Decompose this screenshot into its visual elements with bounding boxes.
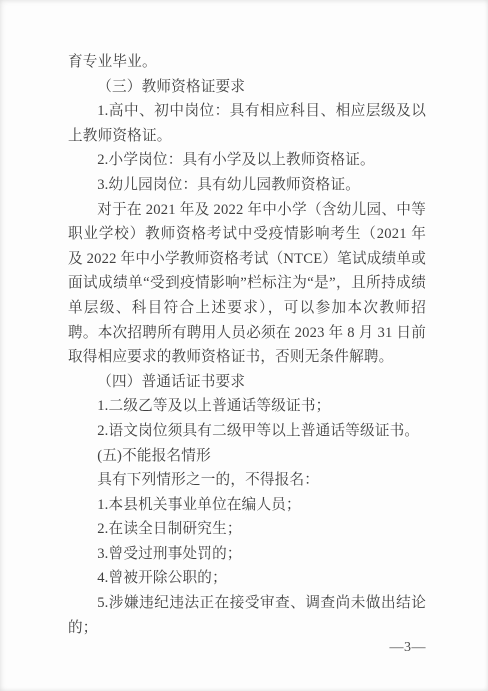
list-item-paragraph: 1.高中、初中岗位：具有相应科目、相应层级及以上教师资格证。 — [68, 99, 426, 148]
list-item-paragraph: 1.本县机关事业单位在编人员； — [68, 493, 426, 518]
document-page: 育专业毕业。 （三）教师资格证要求 1.高中、初中岗位：具有相应科目、相应层级及… — [0, 0, 488, 691]
list-item-paragraph: 3.曾受过刑事处罚的； — [68, 542, 426, 567]
list-item-paragraph: 2.小学岗位：具有小学及以上教师资格证。 — [68, 148, 426, 173]
list-item-paragraph: 5.涉嫌违纪违法正在接受审查、调查尚未做出结论的； — [68, 591, 426, 640]
section-heading-3: （三）教师资格证要求 — [68, 75, 426, 100]
body-paragraph: 对于在 2021 年及 2022 年中小学（含幼儿园、中等职业学校）教师资格考试… — [68, 198, 426, 370]
section-heading-5: (五)不能报名情形 — [68, 444, 426, 469]
section-heading-4: （四）普通话证书要求 — [68, 370, 426, 395]
list-item-paragraph: 4.曾被开除公职的； — [68, 566, 426, 591]
list-item-paragraph: 3.幼儿园岗位：具有幼儿园教师资格证。 — [68, 173, 426, 198]
list-item-paragraph: 2.语文岗位须具有二级甲等以上普通话等级证书。 — [68, 419, 426, 444]
list-item-paragraph: 2.在读全日制研究生； — [68, 517, 426, 542]
list-item-paragraph: 1.二级乙等及以上普通话等级证书； — [68, 394, 426, 419]
document-body: 育专业毕业。 （三）教师资格证要求 1.高中、初中岗位：具有相应科目、相应层级及… — [68, 50, 426, 640]
body-paragraph: 具有下列情形之一的，不得报名： — [68, 468, 426, 493]
paragraph-continuation: 育专业毕业。 — [68, 50, 426, 75]
page-number: —3— — [390, 640, 427, 656]
